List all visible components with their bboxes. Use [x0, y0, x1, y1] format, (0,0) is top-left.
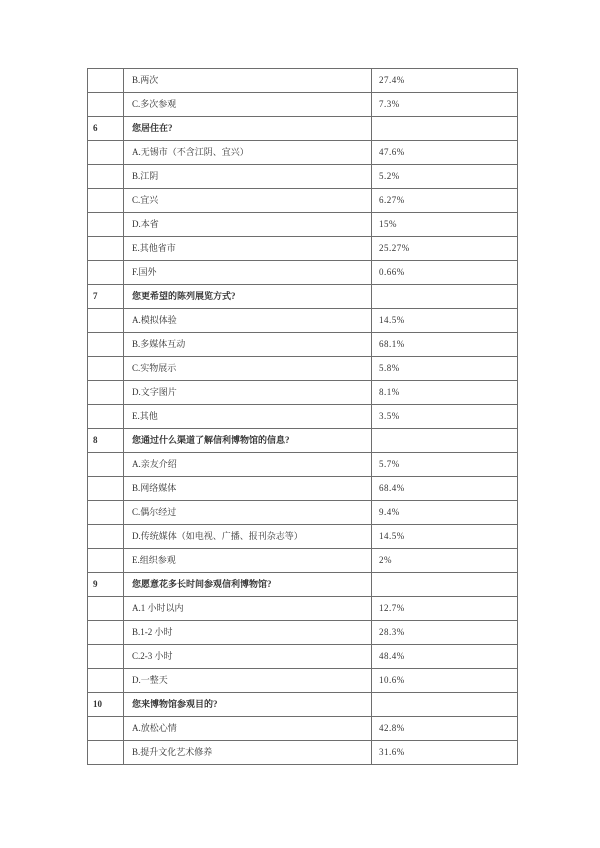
answer-row: C.偶尔经过9.4%	[88, 501, 518, 525]
question-number-cell	[88, 621, 124, 645]
answer-row: B.两次27.4%	[88, 69, 518, 93]
percentage-cell: 5.8%	[372, 357, 518, 381]
answer-row: B.江阴5.2%	[88, 165, 518, 189]
percentage-cell	[372, 285, 518, 309]
option-text-cell: A.1 小时以内	[124, 597, 372, 621]
option-text-cell: 您居住在?	[124, 117, 372, 141]
question-number-cell	[88, 549, 124, 573]
answer-row: B.1-2 小时28.3%	[88, 621, 518, 645]
percentage-cell: 68.4%	[372, 477, 518, 501]
question-number-cell	[88, 309, 124, 333]
option-text-cell: B.江阴	[124, 165, 372, 189]
option-text-cell: C.实物展示	[124, 357, 372, 381]
answer-row: C.2-3 小时48.4%	[88, 645, 518, 669]
percentage-cell: 14.5%	[372, 309, 518, 333]
question-number-cell	[88, 189, 124, 213]
percentage-cell: 5.2%	[372, 165, 518, 189]
question-number-cell: 6	[88, 117, 124, 141]
percentage-cell: 0.66%	[372, 261, 518, 285]
answer-row: C.多次参观7.3%	[88, 93, 518, 117]
answer-row: D.本省15%	[88, 213, 518, 237]
percentage-cell: 5.7%	[372, 453, 518, 477]
percentage-cell	[372, 429, 518, 453]
question-row: 8您通过什么渠道了解信利博物馆的信息?	[88, 429, 518, 453]
answer-row: C.宜兴6.27%	[88, 189, 518, 213]
answer-row: B.网络媒体68.4%	[88, 477, 518, 501]
question-number-cell	[88, 477, 124, 501]
question-number-cell	[88, 333, 124, 357]
percentage-cell: 6.27%	[372, 189, 518, 213]
option-text-cell: 您更希望的陈列展览方式?	[124, 285, 372, 309]
percentage-cell: 68.1%	[372, 333, 518, 357]
option-text-cell: C.2-3 小时	[124, 645, 372, 669]
answer-row: A.亲友介绍5.7%	[88, 453, 518, 477]
question-number-cell	[88, 669, 124, 693]
option-text-cell: B.网络媒体	[124, 477, 372, 501]
option-text-cell: A.无锡市（不含江阴、宜兴）	[124, 141, 372, 165]
option-text-cell: 您愿意花多长时间参观信利博物馆?	[124, 573, 372, 597]
question-row: 9您愿意花多长时间参观信利博物馆?	[88, 573, 518, 597]
survey-table: B.两次27.4%C.多次参观7.3%6您居住在?A.无锡市（不含江阴、宜兴）4…	[87, 68, 518, 765]
answer-row: E.组织参观2%	[88, 549, 518, 573]
percentage-cell: 28.3%	[372, 621, 518, 645]
question-number-cell	[88, 597, 124, 621]
option-text-cell: D.本省	[124, 213, 372, 237]
question-number-cell	[88, 717, 124, 741]
answer-row: A.无锡市（不含江阴、宜兴）47.6%	[88, 141, 518, 165]
option-text-cell: B.两次	[124, 69, 372, 93]
question-number-cell	[88, 741, 124, 765]
answer-row: C.实物展示5.8%	[88, 357, 518, 381]
option-text-cell: D.文字图片	[124, 381, 372, 405]
question-number-cell	[88, 525, 124, 549]
question-number-cell	[88, 213, 124, 237]
option-text-cell: 您通过什么渠道了解信利博物馆的信息?	[124, 429, 372, 453]
percentage-cell: 9.4%	[372, 501, 518, 525]
percentage-cell	[372, 693, 518, 717]
option-text-cell: B.提升文化艺术修养	[124, 741, 372, 765]
question-row: 6您居住在?	[88, 117, 518, 141]
option-text-cell: D.传统媒体（如电视、广播、报刊杂志等）	[124, 525, 372, 549]
question-number-cell: 8	[88, 429, 124, 453]
option-text-cell: A.模拟体验	[124, 309, 372, 333]
option-text-cell: C.多次参观	[124, 93, 372, 117]
option-text-cell: E.其他	[124, 405, 372, 429]
percentage-cell: 47.6%	[372, 141, 518, 165]
question-number-cell: 9	[88, 573, 124, 597]
question-number-cell	[88, 237, 124, 261]
percentage-cell	[372, 573, 518, 597]
option-text-cell: F.国外	[124, 261, 372, 285]
question-number-cell	[88, 381, 124, 405]
answer-row: E.其他省市25.27%	[88, 237, 518, 261]
question-number-cell	[88, 501, 124, 525]
option-text-cell: E.其他省市	[124, 237, 372, 261]
option-text-cell: B.多媒体互动	[124, 333, 372, 357]
percentage-cell: 42.8%	[372, 717, 518, 741]
question-row: 10您来博物馆参观目的?	[88, 693, 518, 717]
percentage-cell	[372, 117, 518, 141]
percentage-cell: 3.5%	[372, 405, 518, 429]
answer-row: A.放松心情42.8%	[88, 717, 518, 741]
document-page: B.两次27.4%C.多次参观7.3%6您居住在?A.无锡市（不含江阴、宜兴）4…	[0, 0, 600, 848]
question-number-cell	[88, 645, 124, 669]
answer-row: E.其他3.5%	[88, 405, 518, 429]
option-text-cell: A.放松心情	[124, 717, 372, 741]
question-number-cell	[88, 93, 124, 117]
percentage-cell: 48.4%	[372, 645, 518, 669]
percentage-cell: 2%	[372, 549, 518, 573]
percentage-cell: 27.4%	[372, 69, 518, 93]
question-number-cell	[88, 69, 124, 93]
question-number-cell	[88, 141, 124, 165]
option-text-cell: 您来博物馆参观目的?	[124, 693, 372, 717]
option-text-cell: B.1-2 小时	[124, 621, 372, 645]
answer-row: B.提升文化艺术修养31.6%	[88, 741, 518, 765]
percentage-cell: 14.5%	[372, 525, 518, 549]
option-text-cell: C.偶尔经过	[124, 501, 372, 525]
question-number-cell	[88, 453, 124, 477]
question-row: 7您更希望的陈列展览方式?	[88, 285, 518, 309]
question-number-cell	[88, 405, 124, 429]
percentage-cell: 15%	[372, 213, 518, 237]
question-number-cell	[88, 357, 124, 381]
answer-row: D.传统媒体（如电视、广播、报刊杂志等）14.5%	[88, 525, 518, 549]
answer-row: D.一整天10.6%	[88, 669, 518, 693]
percentage-cell: 12.7%	[372, 597, 518, 621]
question-number-cell	[88, 165, 124, 189]
answer-row: D.文字图片8.1%	[88, 381, 518, 405]
option-text-cell: E.组织参观	[124, 549, 372, 573]
answer-row: F.国外0.66%	[88, 261, 518, 285]
percentage-cell: 25.27%	[372, 237, 518, 261]
percentage-cell: 31.6%	[372, 741, 518, 765]
answer-row: A.模拟体验14.5%	[88, 309, 518, 333]
question-number-cell	[88, 261, 124, 285]
option-text-cell: C.宜兴	[124, 189, 372, 213]
option-text-cell: D.一整天	[124, 669, 372, 693]
answer-row: B.多媒体互动68.1%	[88, 333, 518, 357]
percentage-cell: 7.3%	[372, 93, 518, 117]
percentage-cell: 10.6%	[372, 669, 518, 693]
option-text-cell: A.亲友介绍	[124, 453, 372, 477]
answer-row: A.1 小时以内12.7%	[88, 597, 518, 621]
percentage-cell: 8.1%	[372, 381, 518, 405]
question-number-cell: 7	[88, 285, 124, 309]
question-number-cell: 10	[88, 693, 124, 717]
survey-table-body: B.两次27.4%C.多次参观7.3%6您居住在?A.无锡市（不含江阴、宜兴）4…	[88, 69, 518, 765]
